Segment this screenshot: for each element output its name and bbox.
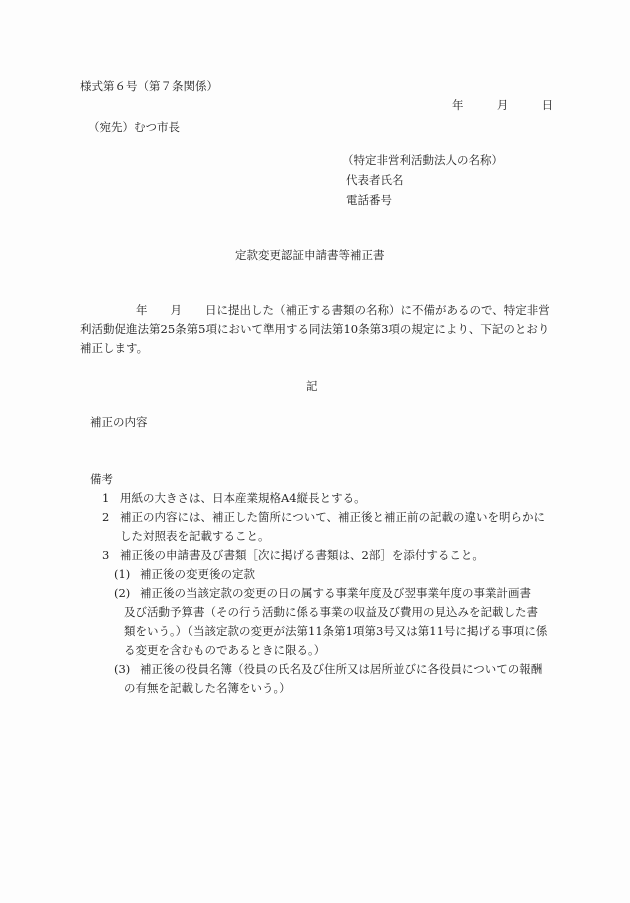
body-line-1: 年 月 日に提出した（補正する書類の名称）に不備があるので、特定非営 — [136, 305, 550, 317]
representative-label: 代表者氏名 — [346, 175, 404, 187]
note-2-num: 2 — [102, 512, 109, 524]
form-number: 様式第６号（第７条関係） — [80, 81, 218, 93]
correction-heading: 補正の内容 — [90, 417, 148, 429]
notes-heading: 備考 — [90, 474, 113, 486]
addressee: （宛先）むつ市長 — [88, 122, 180, 134]
ki-heading: 記 — [306, 381, 318, 393]
document-title: 定款変更認証申請書等補正書 — [235, 250, 385, 262]
body-line-3: 補正します。 — [80, 343, 148, 355]
note-3-text: 補正後の申請書及び書類［次に掲げる書類は、2部］を添付すること。 — [120, 550, 484, 562]
note-1-num: 1 — [102, 493, 109, 505]
subnote-2-num: (2) — [114, 588, 130, 600]
note-3-num: 3 — [102, 550, 109, 562]
date-day: 日 — [542, 100, 554, 112]
note-1-text: 用紙の大きさは、日本産業規格A4縦長とする。 — [120, 493, 366, 505]
note-2-text-1: 補正の内容には、補正した箇所について、補正後と補正前の記載の違いを明らかに — [120, 512, 545, 524]
subnote-2-text-3: 類をいう。）（当該定款の変更が法第11条第1項第3号又は第11号に掲げる事項に係 — [124, 626, 547, 638]
subnote-2-text-4: る変更を含むものであるときに限る。） — [124, 645, 325, 657]
date-year: 年 — [452, 100, 464, 112]
note-2-text-2: した対照表を記載すること。 — [120, 531, 270, 543]
phone-label: 電話番号 — [346, 195, 392, 207]
subnote-3-text-1: 補正後の役員名簿（役員の氏名及び住所又は居所並びに各役員についての報酬 — [140, 664, 542, 676]
subnote-1-text: 補正後の変更後の定款 — [140, 569, 255, 581]
subnote-3-num: (3) — [114, 664, 130, 676]
org-name-label: （特定非営利活動法人の名称） — [342, 155, 503, 167]
subnote-2-text-1: 補正後の当該定款の変更の日の属する事業年度及び翌事業年度の事業計画書 — [140, 588, 531, 600]
subnote-2-text-2: 及び活動予算書（その行う活動に係る事業の収益及び費用の見込みを記載した書 — [124, 607, 538, 619]
subnote-1-num: (1) — [114, 569, 130, 581]
body-line-2: 利活動促進法第25条第5項において準用する同法第10条第3項の規定により、下記の… — [80, 324, 549, 336]
date-month: 月 — [497, 100, 509, 112]
date-line: 年 月 日 — [452, 100, 553, 112]
subnote-3-text-2: の有無を記載した名簿をいう。） — [124, 683, 291, 695]
